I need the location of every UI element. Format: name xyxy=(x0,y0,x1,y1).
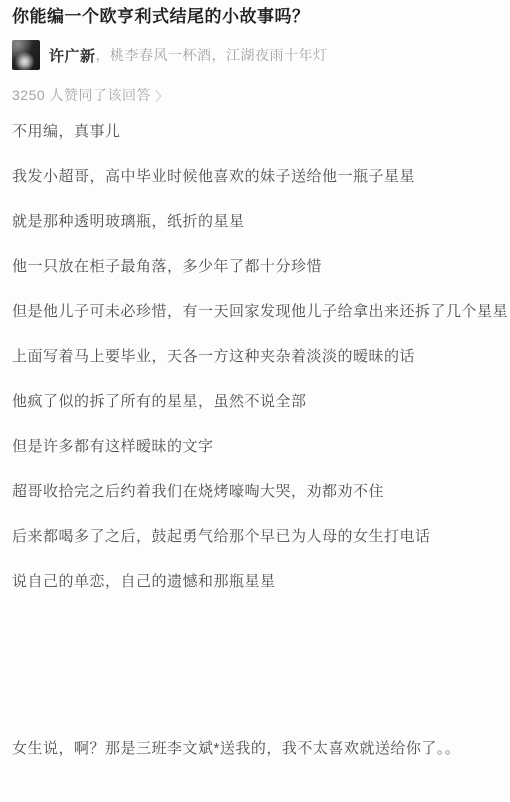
answer-paragraph: 说自己的单恋，自己的遗憾和那瓶星星 xyxy=(12,574,496,590)
answer-paragraph: 超哥收拾完之后约着我们在烧烤嚎啕大哭，劝都劝不住 xyxy=(12,484,496,500)
question-title[interactable]: 你能编一个欧亨利式结尾的小故事吗？ xyxy=(12,6,496,28)
answer-paragraph: 但是许多都有这样暧昧的文字 xyxy=(12,439,496,455)
answer-paragraph: 不用编，真事儿 xyxy=(12,124,496,140)
upvote-count-link[interactable]: 3250 人赞同了该回答 〉 xyxy=(12,85,496,105)
author-name[interactable]: 许广新 xyxy=(49,45,96,66)
answer-paragraph: 后来都喝多了之后，鼓起勇气给那个早已为人母的女生打电话 xyxy=(12,529,496,545)
author-row: 许广新 ，桃李春风一杯酒，江湖夜雨十年灯 xyxy=(12,40,496,70)
author-tagline: ，桃李春风一杯酒，江湖夜雨十年灯 xyxy=(96,45,328,65)
answer-paragraph: 但是他儿子可未必珍惜，有一天回家发现他儿子给拿出来还拆了几个星星 xyxy=(12,304,496,320)
answer-paragraph: 就是那种透明玻璃瓶，纸折的星星 xyxy=(12,214,496,230)
answer-paragraph: 我发小超哥，高中毕业时候他喜欢的妹子送给他一瓶子星星 xyxy=(12,169,496,185)
answer-page: 你能编一个欧亨利式结尾的小故事吗？ 许广新 ，桃李春风一杯酒，江湖夜雨十年灯 3… xyxy=(0,0,510,802)
answer-paragraph: 他疯了似的拆了所有的星星，虽然不说全部 xyxy=(12,394,496,410)
answer-paragraph: 他一只放在柜子最角落，多少年了都十分珍惜 xyxy=(12,259,496,275)
answer-final-line: 女生说，啊？那是三班李文斌*送我的，我不太喜欢就送给你了。。 xyxy=(12,741,496,757)
answer-paragraph: 上面写着马上要毕业，天各一方这种夹杂着淡淡的暧昧的话 xyxy=(12,349,496,365)
avatar[interactable] xyxy=(12,40,40,70)
chevron-right-icon: 〉 xyxy=(155,86,169,105)
upvote-count-text: 3250 人赞同了该回答 xyxy=(12,85,151,105)
answer-body: 不用编，真事儿 我发小超哥，高中毕业时候他喜欢的妹子送给他一瓶子星星 就是那种透… xyxy=(12,124,496,757)
